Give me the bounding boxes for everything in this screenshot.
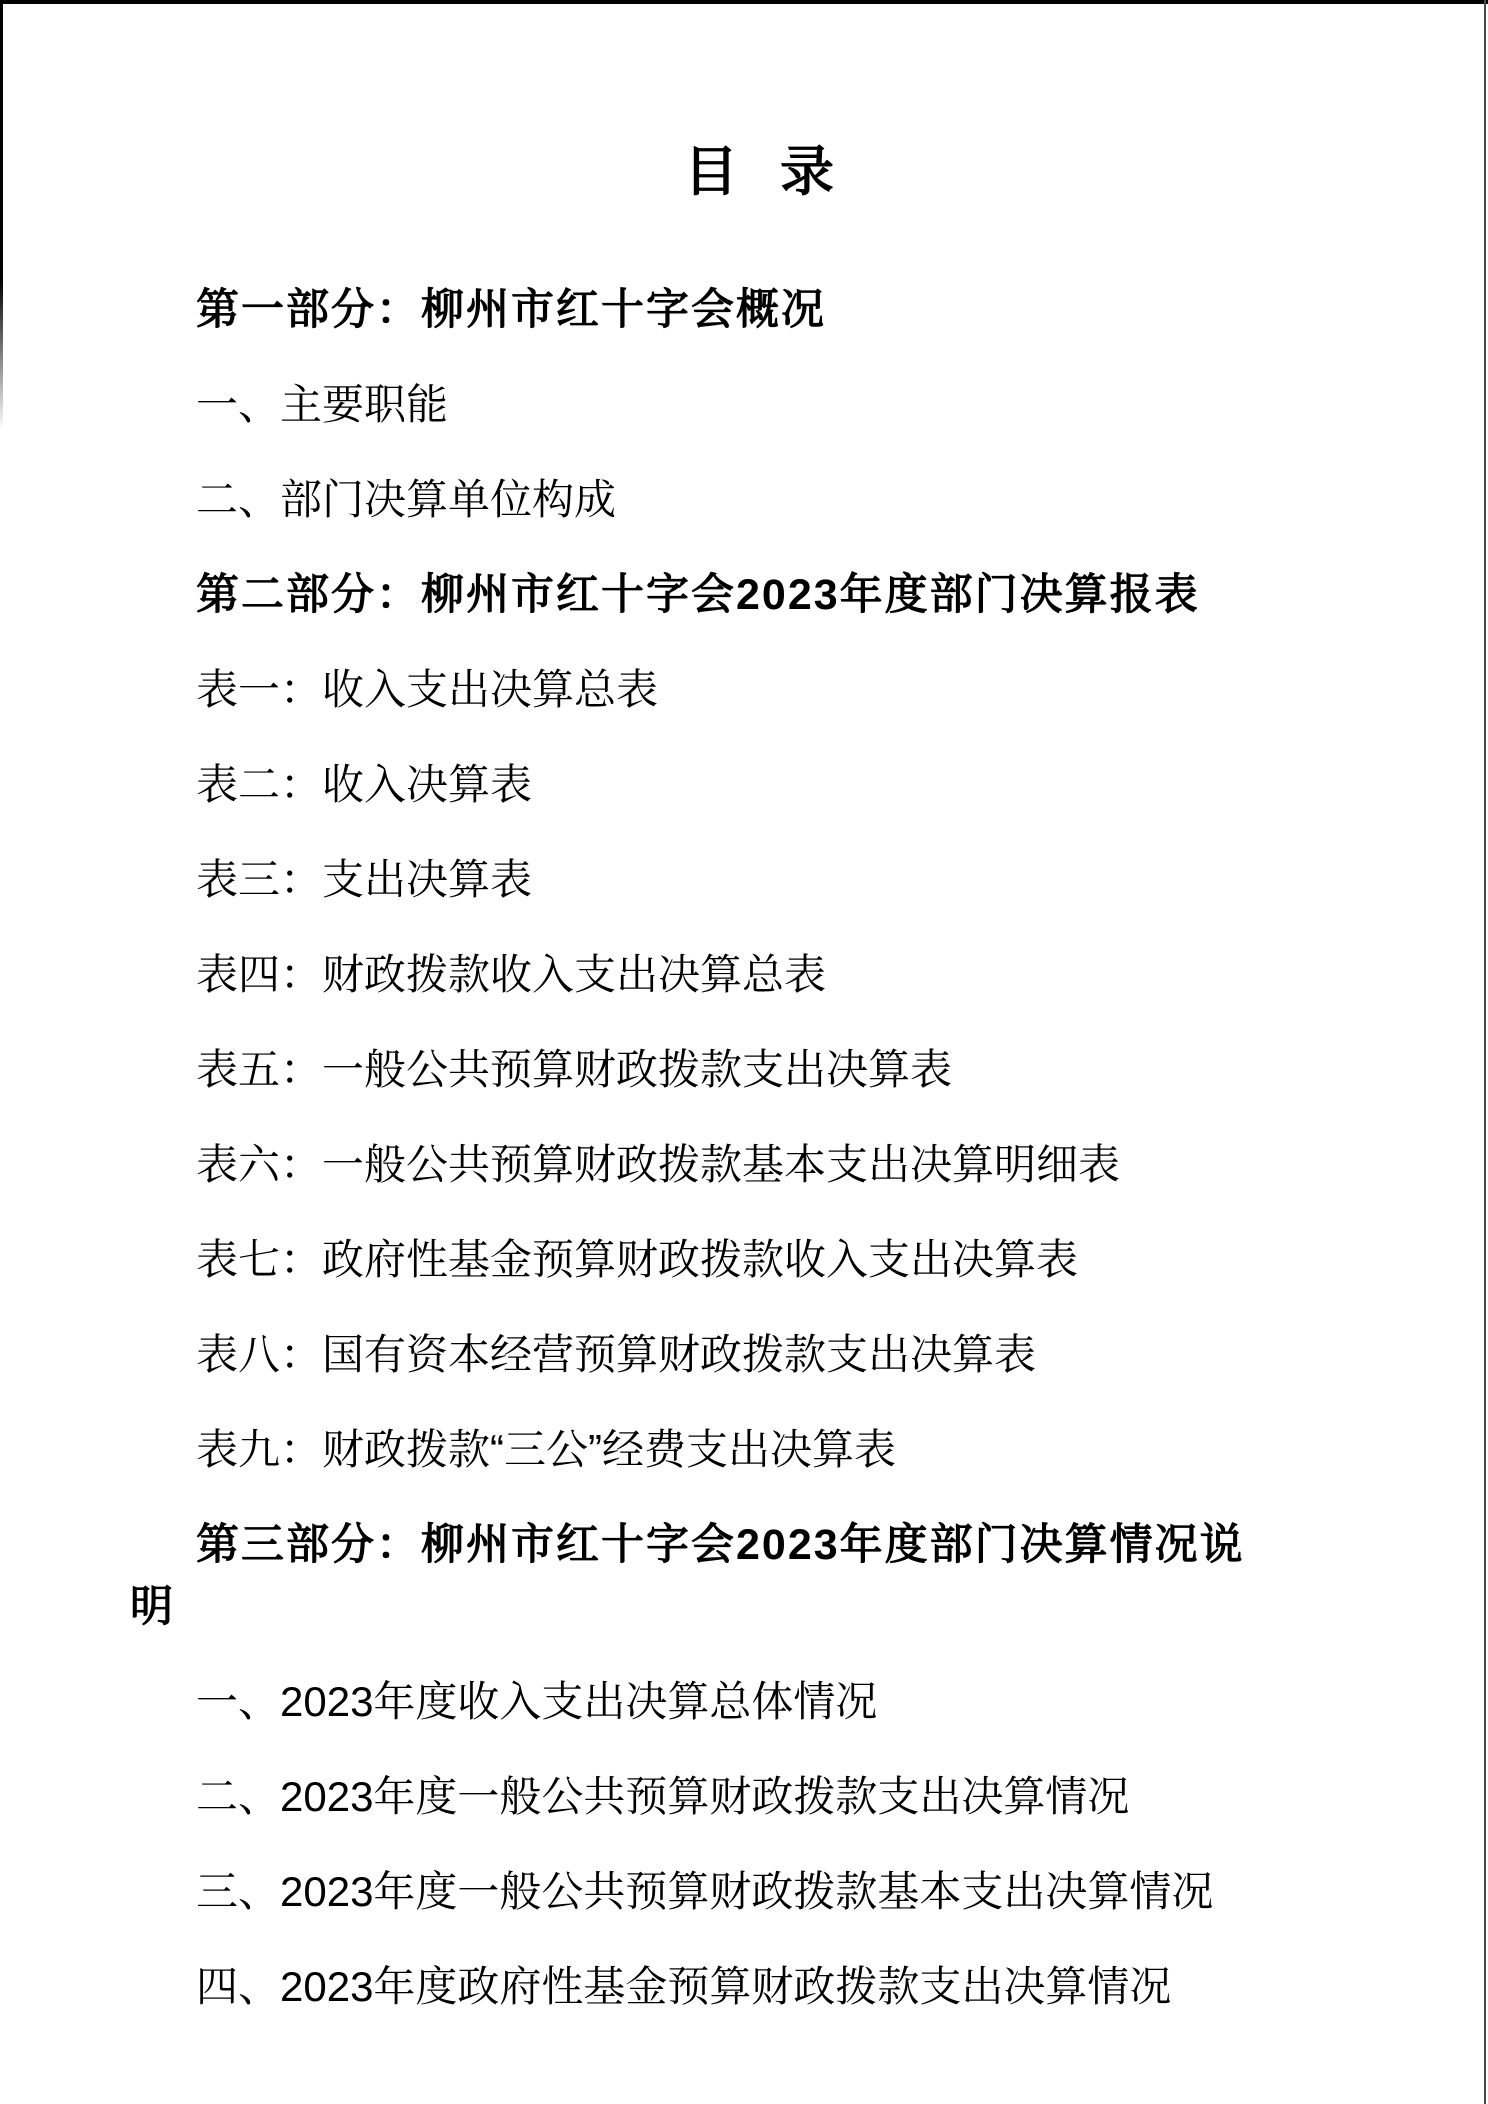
section-3-heading-line2: 明 — [130, 1583, 175, 1631]
toc-item: 三、2023年度一般公共预算财政拨款基本支出决算情况 — [130, 1861, 1392, 1923]
toc-item: 表一：收入支出决算总表 — [130, 659, 1392, 721]
toc-item: 四、2023年度政府性基金预算财政拨款支出决算情况 — [130, 1956, 1392, 2018]
toc-title: 目 录 — [130, 140, 1392, 204]
toc-page: 目 录 第一部分：柳州市红十字会概况 一、主要职能 二、部门决算单位构成 第二部… — [0, 0, 1488, 2051]
section-3-heading: 第三部分：柳州市红十字会2023年度部门决算情况说明 — [130, 1514, 1392, 1638]
toc-item: 一、2023年度收入支出决算总体情况 — [130, 1671, 1392, 1733]
toc-item: 表三：支出决算表 — [130, 849, 1392, 911]
toc-item: 表四：财政拨款收入支出决算总表 — [130, 944, 1392, 1006]
toc-item: 表六：一般公共预算财政拨款基本支出决算明细表 — [130, 1134, 1392, 1196]
toc-item: 一、主要职能 — [130, 374, 1392, 436]
section-2-heading: 第二部分：柳州市红十字会2023年度部门决算报表 — [130, 564, 1392, 626]
toc-item: 表七：政府性基金预算财政拨款收入支出决算表 — [130, 1229, 1392, 1291]
toc-item: 表八：国有资本经营预算财政拨款支出决算表 — [130, 1324, 1392, 1386]
section-1-heading: 第一部分：柳州市红十字会概况 — [130, 279, 1392, 341]
section-3-heading-line1: 第三部分：柳州市红十字会2023年度部门决算情况说 — [196, 1521, 1245, 1569]
toc-item: 表九：财政拨款“三公”经费支出决算表 — [130, 1419, 1392, 1481]
toc-item: 表二：收入决算表 — [130, 754, 1392, 816]
toc-item: 二、2023年度一般公共预算财政拨款支出决算情况 — [130, 1766, 1392, 1828]
toc-item: 二、部门决算单位构成 — [130, 469, 1392, 531]
toc-item: 表五：一般公共预算财政拨款支出决算表 — [130, 1039, 1392, 1101]
